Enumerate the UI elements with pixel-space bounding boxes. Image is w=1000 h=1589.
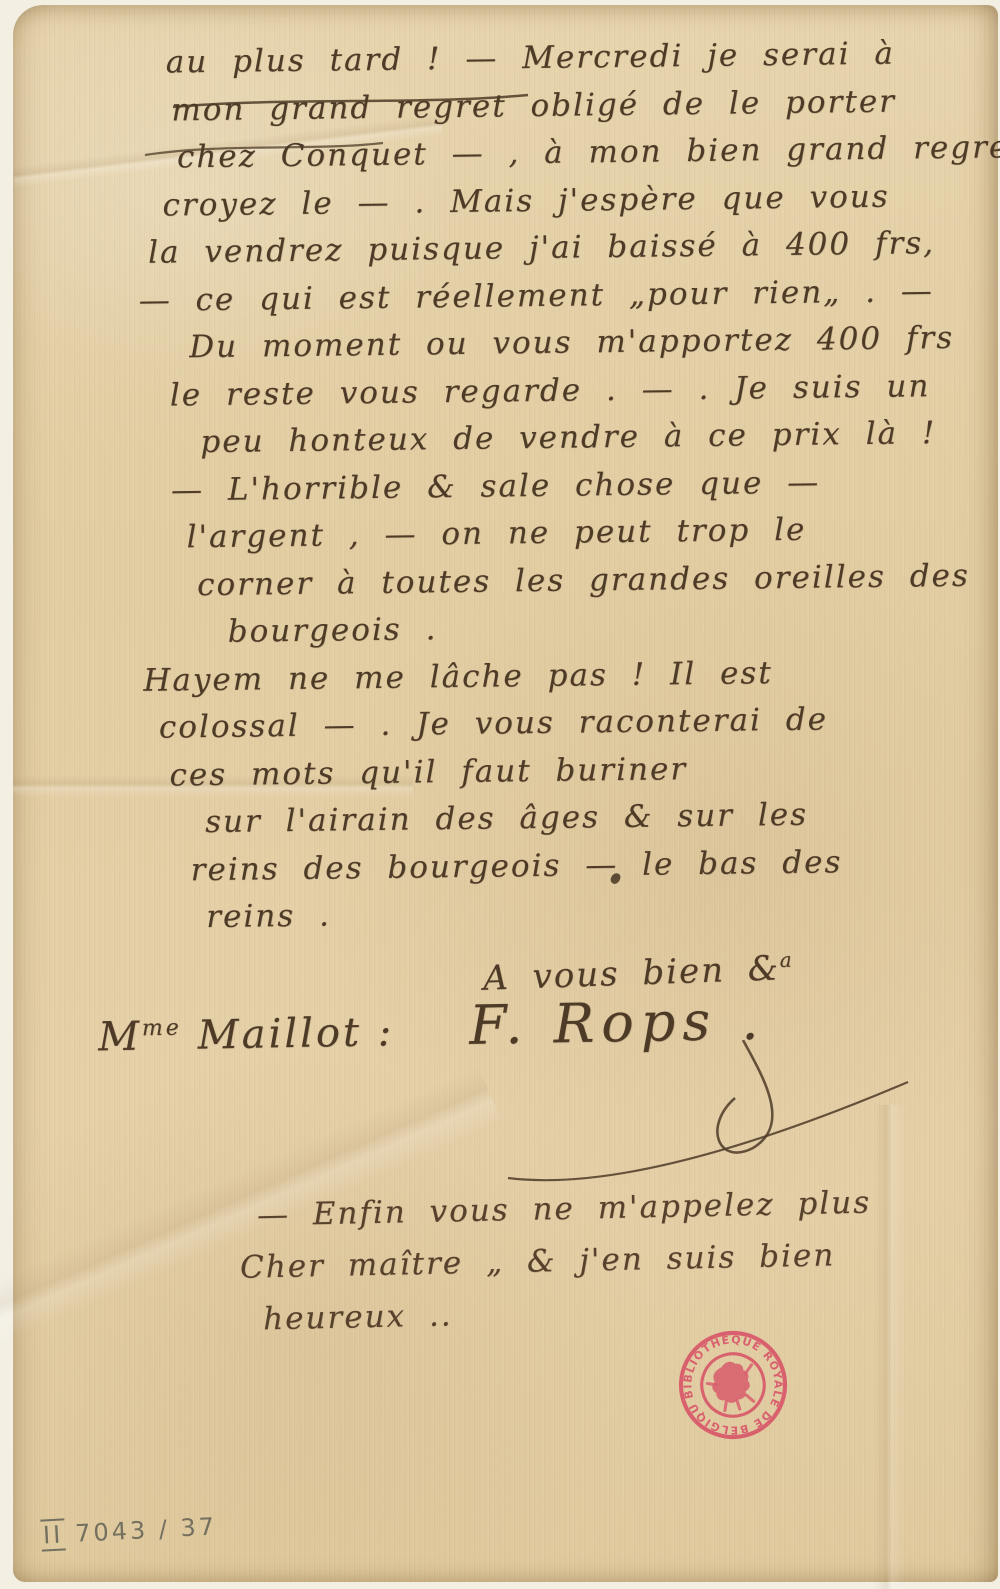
signature-flourish (413, 1040, 933, 1190)
letter-line: — L'horrible & sale chose que — (171, 458, 932, 515)
letter-line: corner à toutes les grandes oreilles des (197, 553, 933, 609)
signature-name: F. Rops . (469, 989, 766, 1057)
letter-line: bourgeois . (227, 600, 933, 656)
letter-line: Du moment ou vous m'apportez 400 frs (189, 315, 930, 372)
letter-line: reins . (206, 885, 937, 941)
recipient-name: Mme Maillot : (98, 1009, 395, 1060)
recipient-superscript: me (142, 1016, 182, 1042)
signature-row: Mme Maillot : F. Rops . (97, 986, 938, 1068)
letter-line: peu honteux de vendre à ce prix là ! (200, 410, 931, 466)
paper-sheet: au plus tard ! — Mercredi je serai à mon… (13, 5, 998, 1582)
letter-scan: au plus tard ! — Mercredi je serai à mon… (0, 0, 1000, 1589)
inventory-roman-numeral: II (40, 1518, 66, 1551)
letter-body: au plus tard ! — Mercredi je serai à mon… (136, 30, 937, 942)
letter-line: chez Conquet — , à mon bien grand regret (177, 125, 928, 182)
recipient-prefix: M (98, 1014, 143, 1061)
letter-line: au plus tard ! — Mercredi je serai à (166, 30, 927, 87)
closing-superscript: a (779, 948, 794, 972)
letter-line: reins des bourgeois — le bas des (190, 838, 936, 895)
letter-line: colossal — . Je vous raconterai de (159, 695, 935, 752)
inventory-digits: 7043 / 37 (74, 1512, 217, 1547)
inventory-number: II7043 / 37 (40, 1512, 217, 1549)
recipient-rest: Maillot : (182, 1009, 395, 1059)
